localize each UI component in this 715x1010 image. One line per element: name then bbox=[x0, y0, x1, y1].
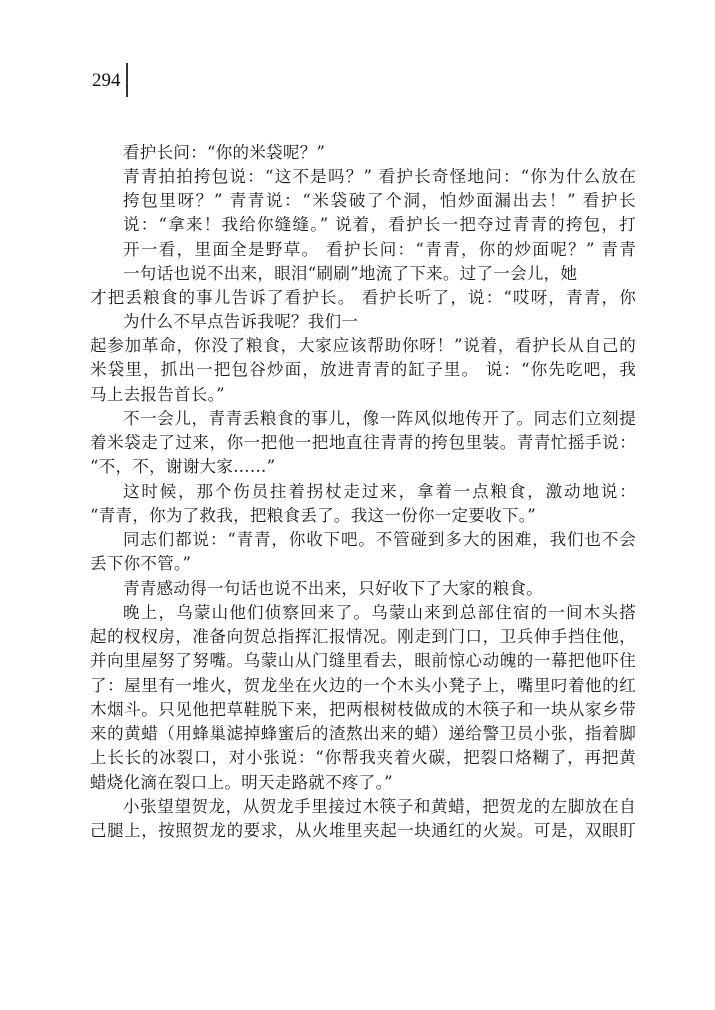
text-line: “青青，你为了救我，把粮食丢了。我这一份你一定要收下。” bbox=[90, 506, 536, 526]
text-line: 青青拍拍挎包说：“这不是吗？” 看护长奇怪地问：“你为什么放在 bbox=[123, 167, 636, 187]
text-line: 起参加革命，你没了粮食，大家应该帮助你呀！”说着，看护长从自己的 bbox=[90, 336, 636, 356]
text-line: 挎包里呀？” 青青说：“米袋破了个洞，怕炒面漏出去！” 看护长 bbox=[123, 191, 636, 211]
text-line: “不，不，谢谢大家……” bbox=[90, 457, 275, 477]
header-divider bbox=[126, 63, 128, 97]
text-line: 了：屋里有一堆火，贺龙坐在火边的一个木头小凳子上，嘴里叼着他的红 bbox=[90, 676, 636, 696]
text-line: 马上去报告首长。” bbox=[90, 385, 225, 405]
text-line: 并向里屋努了努嘴。乌蒙山从门缝里看去，眼前惊心动魄的一幕把他吓住 bbox=[90, 651, 636, 671]
text-line: 开一看，里面全是野草。 看护长问：“青青，你的炒面呢？” 青青 bbox=[123, 240, 636, 260]
text-line: 上长长的冰裂口，对小张说：“你帮我夹着火碳，把裂口烙糊了，再把黄 bbox=[90, 748, 636, 768]
text-line: 青青感动得一句话也说不出来，只好收下了大家的粮食。 bbox=[123, 579, 543, 599]
text-line: 这时候，那个伤员拄着拐杖走过来，拿着一点粮食，激动地说： bbox=[123, 482, 636, 502]
text-line: 起的杈杈房，准备向贺总指挥汇报情况。刚走到门口，卫兵伸手挡住他， bbox=[90, 627, 636, 647]
text-line: 不一会儿，青青丢粮食的事儿，像一阵风似地传开了。同志们立刻提 bbox=[123, 409, 636, 429]
text-line: 一句话也说不出来，眼泪“刷刷”地流了下来。过了一会儿，她 bbox=[123, 264, 577, 284]
text-line: 说：“拿来！我给你缝缝。” 说着，看护长一把夺过青青的挎包，打 bbox=[123, 215, 636, 235]
text-line: 米袋里，抓出一把包谷炒面，放进青青的缸子里。 说：“你先吃吧，我 bbox=[90, 360, 636, 380]
text-line: 才把丢粮食的事儿告诉了看护长。 看护长听了，说：“哎呀，青青，你 bbox=[90, 288, 636, 308]
text-line: 为什么不早点告诉我呢？我们一 bbox=[123, 312, 358, 332]
text-line: 同志们都说：“青青，你收下吧。不管碰到多大的困难，我们也不会 bbox=[123, 530, 636, 550]
text-line: 木烟斗。只见他把草鞋脱下来，把两根树枝做成的木筷子和一块从家乡带 bbox=[90, 700, 636, 720]
text-line: 看护长问：“你的米袋呢？” bbox=[123, 143, 325, 163]
text-line: 己腿上，按照贺龙的要求，从火堆里夹起一块通红的火炭。可是，双眼盯 bbox=[90, 821, 636, 841]
text-line: 蜡烧化滴在裂口上。明天走路就不疼了。” bbox=[90, 773, 393, 793]
text-line: 来的黄蜡（用蜂巢滤掉蜂蜜后的渣熬出来的蜡）递给警卫员小张，指着脚 bbox=[90, 724, 636, 744]
text-line: 丢下你不管。” bbox=[90, 554, 191, 574]
page-number: 294 bbox=[92, 70, 121, 92]
text-line: 小张望望贺龙，从贺龙手里接过木筷子和黄蜡，把贺龙的左脚放在自 bbox=[123, 797, 636, 817]
text-line: 晚上，乌蒙山他们侦察回来了。乌蒙山来到总部住宿的一间木头搭 bbox=[123, 603, 636, 623]
text-line: 着米袋走了过来，你一把他一把地直往青青的挎包里装。青青忙摇手说： bbox=[90, 433, 636, 453]
